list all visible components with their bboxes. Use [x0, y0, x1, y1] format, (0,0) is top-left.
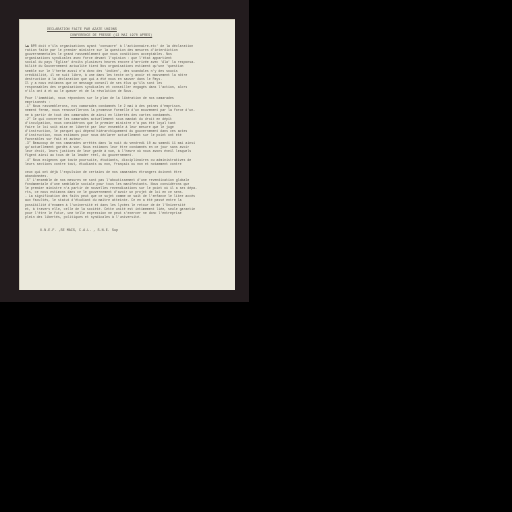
document-subtitle: CONFERENCE DE PRESSE (13 MAI 1970 APRES) — [70, 33, 225, 40]
paragraph-2: Pour l'immédiat, nous répondons sur le p… — [25, 96, 225, 219]
text-line: plein des libertés, politiques et syndic… — [25, 215, 225, 219]
text-line: nement ferme, nous renouvellerons la pro… — [25, 108, 225, 112]
document-body: DECLARATION FAITE PAR AZATE UNIONS CONFE… — [25, 27, 225, 233]
signature-line: U.N.E.F. ,SE MAIS, C.A.L. , S.N.E. Sup — [40, 229, 225, 233]
paragraph-1: Le BPR doit n'ils organisations ayant 'c… — [25, 44, 225, 93]
